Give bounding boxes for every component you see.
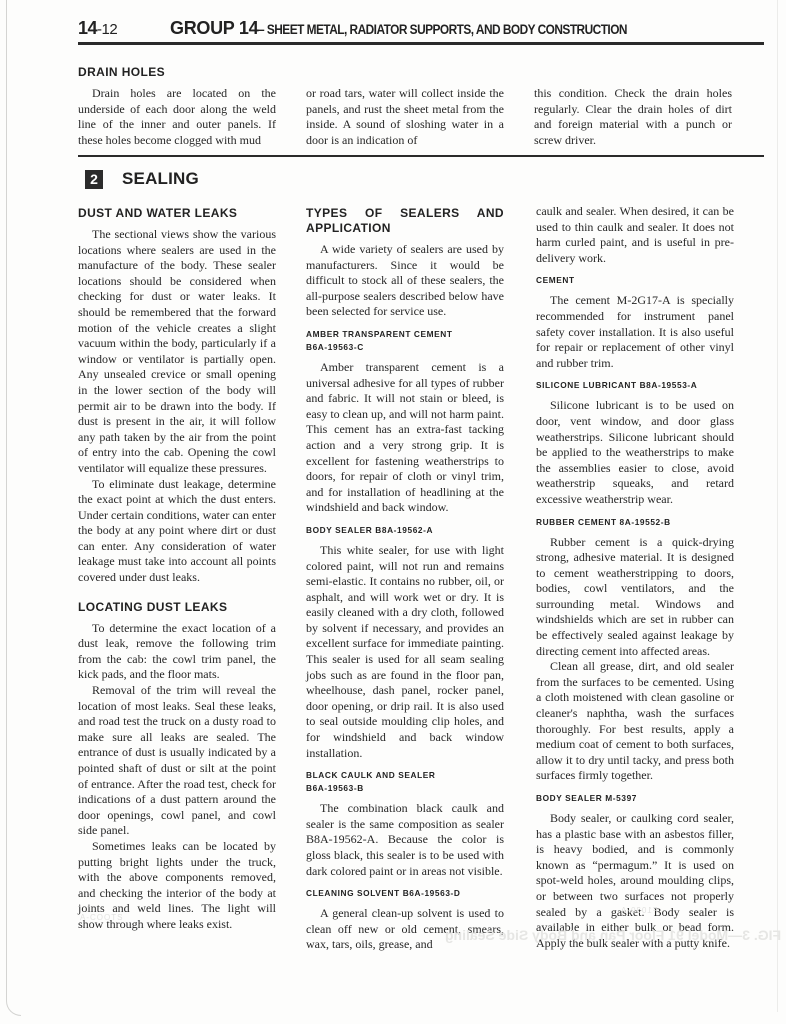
running-title: GROUP 14 – SHEET METAL, RADIATOR SUPPORT… bbox=[170, 18, 678, 39]
section-number-badge: 2 bbox=[85, 170, 103, 189]
page-number-group: 14 bbox=[78, 18, 97, 38]
paragraph: this condition. Check the drain holes re… bbox=[534, 86, 732, 148]
drain-holes-col-3: this condition. Check the drain holes re… bbox=[534, 86, 732, 148]
page-number: 14-12 bbox=[78, 18, 117, 39]
types-of-sealers-heading: TYPES OF SEALERS AND APPLICATION bbox=[306, 206, 504, 236]
drain-holes-col-1: Drain holes are located on the underside… bbox=[78, 86, 276, 148]
part-number: B6A-19563-B bbox=[306, 783, 364, 793]
manual-page: 14-12 GROUP 14 – SHEET METAL, RADIATOR S… bbox=[0, 0, 786, 1024]
body-sealer-heading: BODY SEALER B8A-19562-A bbox=[306, 524, 504, 537]
paragraph: Rubber cement is a quick-drying strong, … bbox=[536, 535, 734, 660]
paragraph: caulk and sealer. When desired, it can b… bbox=[536, 204, 734, 266]
heading-line: AMBER TRANSPARENT CEMENT bbox=[306, 329, 453, 339]
bleed-through-code: F1030-A bbox=[620, 906, 658, 915]
paragraph: The cement M-2G17-A is specially recomme… bbox=[536, 293, 734, 371]
group-label: GROUP 14 bbox=[170, 18, 258, 38]
heading-line: BLACK CAULK AND SEALER bbox=[306, 770, 436, 780]
paragraph: Silicone lubricant is to be used on door… bbox=[536, 398, 734, 507]
paragraph: Drain holes are located on the underside… bbox=[78, 86, 276, 148]
paragraph: Removal of the trim will reveal the loca… bbox=[78, 683, 276, 839]
cleaning-solvent-heading: CLEANING SOLVENT B6A-19563-D bbox=[306, 887, 504, 900]
amber-cement-heading: AMBER TRANSPARENT CEMENTB6A-19563-C bbox=[306, 328, 504, 354]
body-sealer-m5397-heading: BODY SEALER M-5397 bbox=[536, 792, 734, 805]
header-rule bbox=[78, 42, 764, 45]
paragraph: Amber transparent cement is a universal … bbox=[306, 360, 504, 516]
middle-column: TYPES OF SEALERS AND APPLICATION A wide … bbox=[306, 206, 504, 953]
silicone-lubricant-heading: SILICONE LUBRICANT B8A-19553-A bbox=[536, 379, 734, 392]
page-edge-left bbox=[6, 0, 21, 1016]
part-number: B6A-19563-C bbox=[306, 342, 364, 352]
paragraph: or road tars, water will collect inside … bbox=[306, 86, 504, 148]
group-title: – SHEET METAL, RADIATOR SUPPORTS, AND BO… bbox=[258, 22, 627, 37]
left-column: DUST AND WATER LEAKS The sectional views… bbox=[78, 206, 276, 933]
bleed-through-caption: FIG. 3—Model 91 Floor Pan and Body Side … bbox=[445, 927, 781, 943]
paragraph: Clean all grease, dirt, and old sealer f… bbox=[536, 659, 734, 784]
drain-holes-col-2: or road tars, water will collect inside … bbox=[306, 86, 504, 148]
black-caulk-heading: BLACK CAULK AND SEALERB6A-19563-B bbox=[306, 769, 504, 795]
section-rule bbox=[78, 155, 764, 157]
dust-water-leaks-heading: DUST AND WATER LEAKS bbox=[78, 206, 276, 221]
section-title: SEALING bbox=[122, 169, 199, 189]
paragraph: This white sealer, for use with light co… bbox=[306, 543, 504, 761]
paragraph: The combination black caulk and sealer i… bbox=[306, 801, 504, 879]
cement-heading: CEMENT bbox=[536, 274, 734, 287]
paragraph: The sectional views show the various loc… bbox=[78, 227, 276, 477]
paragraph: To determine the exact location of a dus… bbox=[78, 621, 276, 683]
locating-dust-leaks-heading: LOCATING DUST LEAKS bbox=[78, 600, 276, 615]
page-number-page: -12 bbox=[97, 21, 117, 38]
paragraph: A wide variety of sealers are used by ma… bbox=[306, 242, 504, 320]
page-edge-right bbox=[777, 0, 778, 1012]
drain-holes-heading: DRAIN HOLES bbox=[78, 65, 165, 79]
paragraph: To eliminate dust leakage, determine the… bbox=[78, 477, 276, 586]
bleed-through-code-left: A-COOTS bbox=[80, 913, 123, 922]
rubber-cement-heading: RUBBER CEMENT 8A-19552-B bbox=[536, 516, 734, 529]
right-column: caulk and sealer. When desired, it can b… bbox=[536, 204, 734, 951]
